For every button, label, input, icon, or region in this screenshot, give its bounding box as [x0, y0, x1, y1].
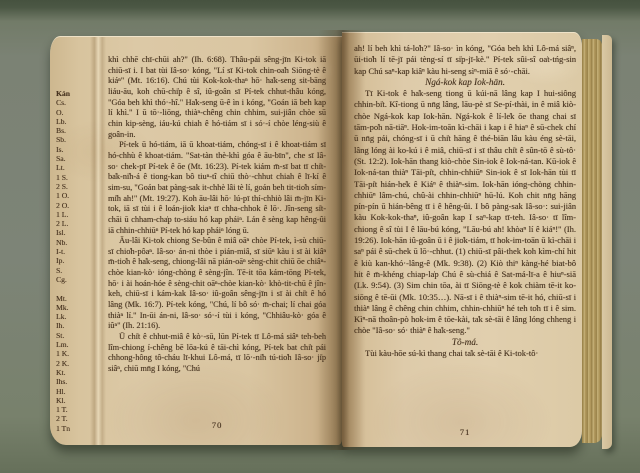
page-stack-fore-edge	[582, 39, 602, 443]
section-heading-toma: Tô-má.	[354, 337, 576, 348]
open-book: KánCs.O.Lb.Bs.Sb.Is.Sa.Lt.1 S.2 S.1 O.2 …	[50, 26, 612, 456]
margin-abbreviation: Cg.	[56, 275, 98, 284]
paragraph: Pí-tek ū hó-tiám, iā ū khoat-tiám, chóng…	[108, 140, 326, 236]
section-heading-ngakok-kap-iokhan: Ngá-kok kap Iok-hān.	[354, 77, 576, 88]
margin-abbreviations: KánCs.O.Lb.Bs.Sb.Is.Sa.Lt.1 S.2 S.1 O.2 …	[56, 89, 98, 433]
left-page-text: khì chhē chī-chūi ah?" (Ih. 6:68). Thâu-…	[108, 55, 326, 425]
margin-abbreviation: Ip.	[56, 256, 98, 265]
margin-abbreviation: Isl.	[56, 228, 98, 237]
margin-abbreviation: Kt.	[56, 368, 98, 377]
margin-abbreviation: Lb.	[56, 117, 98, 126]
paragraph: Ū chi̍t ê chhut-miâ ê kò·-sū, lūn Pí-tek…	[108, 332, 326, 375]
margin-abbreviation: 2 L.	[56, 219, 98, 228]
margin-abbreviation: Lt.	[56, 163, 98, 172]
margin-abbreviation: 1 S.	[56, 173, 98, 182]
margin-abbreviation: Lm.	[56, 340, 98, 349]
paragraph: ah! lí beh khì tá-lo̍h?" Iâ-so· ìn kóng,…	[354, 43, 576, 77]
margin-abbreviation: Mt.	[56, 294, 98, 303]
margin-abbreviation: Lk.	[56, 312, 98, 321]
margin-abbreviation: Ih.	[56, 321, 98, 330]
margin-abbreviation: Sa.	[56, 154, 98, 163]
paragraph: Āu-lâi Ki-tok chiong Se-bûn ê miâ oāⁿ ch…	[108, 236, 326, 332]
margin-abbreviation: 1 T.	[56, 405, 98, 414]
margin-abbreviation: 1 O.	[56, 191, 98, 200]
margin-abbreviation: 2 O.	[56, 201, 98, 210]
margin-abbreviation: 2 S.	[56, 182, 98, 191]
paragraph: khì chhē chī-chūi ah?" (Ih. 6:68). Thâu-…	[108, 55, 326, 140]
margin-abbreviation: Nb.	[56, 238, 98, 247]
margin-abbreviation	[56, 284, 98, 293]
page-number-right: 71	[354, 427, 576, 437]
margin-abbreviation: 2 T.	[56, 414, 98, 423]
left-page: KánCs.O.Lb.Bs.Sb.Is.Sa.Lt.1 S.2 S.1 O.2 …	[50, 36, 342, 445]
margin-abbreviation: Cs.	[56, 98, 98, 107]
right-page: ah! lí beh khì tá-lo̍h?" Iâ-so· ìn kóng,…	[342, 32, 582, 447]
margin-abbreviation: Hl.	[56, 387, 98, 396]
margin-abbreviation: S.	[56, 266, 98, 275]
margin-abbreviation: O.	[56, 108, 98, 117]
margin-abbreviation: Is.	[56, 145, 98, 154]
margin-abbreviation: Mk.	[56, 303, 98, 312]
margin-abbreviation: Sb.	[56, 135, 98, 144]
paragraph: Tùi kàu-hōe sú-kì thang chai ta̍k sè-tāi…	[354, 348, 576, 359]
margin-abbreviation: Bs.	[56, 126, 98, 135]
margin-abbreviation: I-t.	[56, 247, 98, 256]
paragraph: Tī Ki-tok ê ha̍k-seng tiong ū kúi-nā lân…	[354, 88, 576, 337]
margin-abbreviation: 1 Tn	[56, 424, 98, 433]
margin-abbreviation: St.	[56, 331, 98, 340]
margin-abbreviation: 1 L.	[56, 210, 98, 219]
margin-abbreviation: 1 K.	[56, 349, 98, 358]
back-cover-edge	[602, 35, 612, 449]
page-number-left: 70	[108, 420, 326, 430]
right-page-text: ah! lí beh khì tá-lo̍h?" Iâ-so· ìn kóng,…	[354, 43, 576, 421]
margin-abbreviation: Kl.	[56, 396, 98, 405]
margin-abbreviation: 2 K.	[56, 359, 98, 368]
margin-abbreviation: Ihs.	[56, 377, 98, 386]
margin-abbreviation: Kán	[56, 89, 98, 98]
